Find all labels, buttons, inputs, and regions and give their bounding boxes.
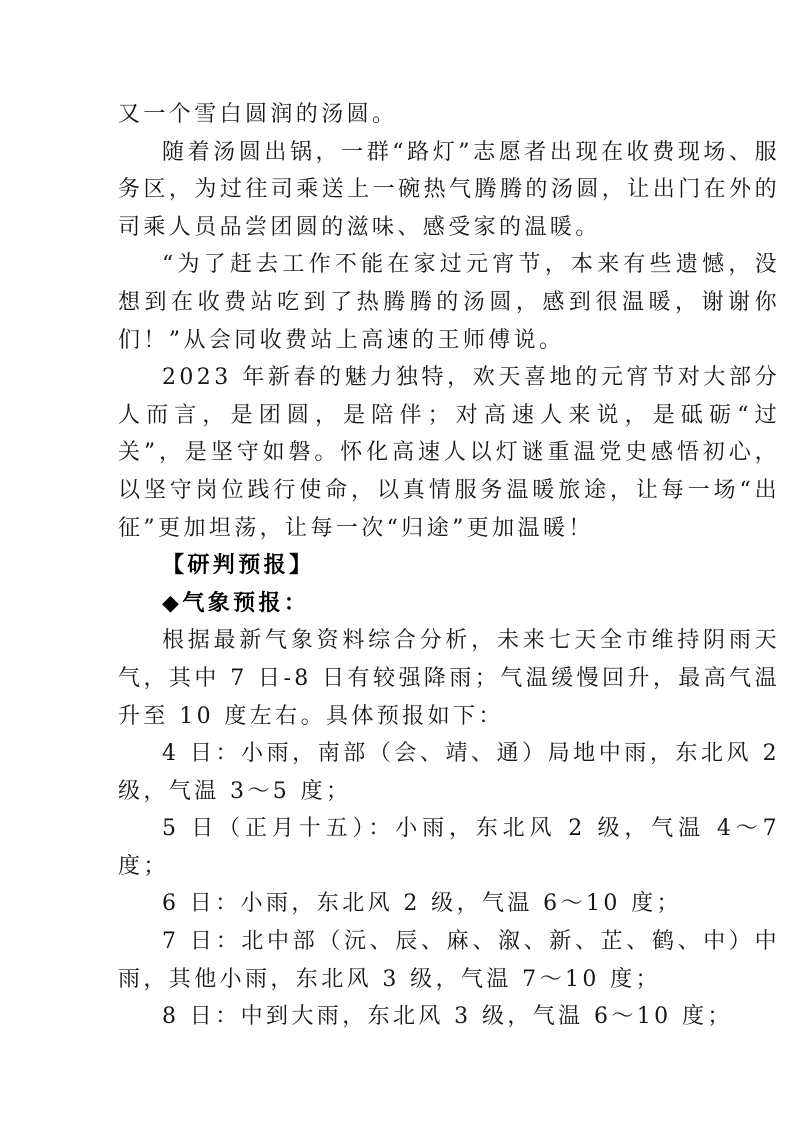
document-body: 又一个雪白圆润的汤圆。 随着汤圆出锅，一群“路灯”志愿者出现在收费现场、服务区，… bbox=[118, 96, 780, 1036]
forecast-day-7: 7 日：北中部（沅、辰、麻、溆、新、芷、鹤、中）中雨，其他小雨，东北风 3 级，… bbox=[118, 923, 780, 998]
forecast-day-6: 6 日：小雨，东北风 2 级，气温 6～10 度； bbox=[118, 885, 780, 923]
paragraph-volunteers-serving: 随着汤圆出锅，一群“路灯”志愿者出现在收费现场、服务区，为过往司乘送上一碗热气腾… bbox=[118, 134, 780, 247]
forecast-day-5: 5 日（正月十五）：小雨，东北风 2 级，气温 4～7 度； bbox=[118, 810, 780, 885]
heading-weather-forecast: ◆气象预报： bbox=[118, 585, 780, 623]
paragraph-driver-quote: “为了赶去工作不能在家过元宵节，本来有些遗憾，没想到在收费站吃到了热腾腾的汤圆，… bbox=[118, 246, 780, 359]
document-page: 又一个雪白圆润的汤圆。 随着汤圆出锅，一群“路灯”志愿者出现在收费现场、服务区，… bbox=[0, 0, 793, 1122]
forecast-day-4: 4 日：小雨，南部（会、靖、通）局地中雨，东北风 2 级，气温 3～5 度； bbox=[118, 735, 780, 810]
forecast-day-8: 8 日：中到大雨，东北风 3 级，气温 6～10 度； bbox=[118, 998, 780, 1036]
paragraph-2023-lantern-festival: 2023 年新春的魅力独特，欢天喜地的元宵节对大部分人而言，是团圆，是陪伴；对高… bbox=[118, 359, 780, 547]
paragraph-forecast-summary: 根据最新气象资料综合分析，未来七天全市维持阴雨天气，其中 7 日-8 日有较强降… bbox=[118, 622, 780, 735]
heading-analysis-forecast: 【研判预报】 bbox=[118, 547, 780, 585]
paragraph-continuation-tangyuan: 又一个雪白圆润的汤圆。 bbox=[118, 96, 780, 134]
